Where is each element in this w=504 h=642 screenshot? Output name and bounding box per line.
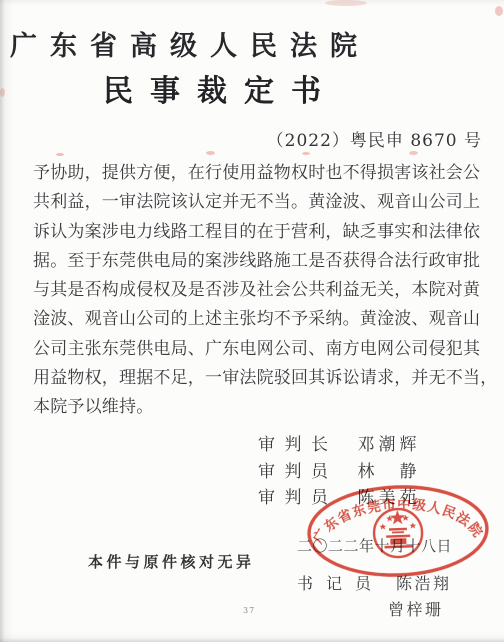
case-number: （2022）粤民申 8670 号 xyxy=(267,126,482,151)
scan-smudge xyxy=(495,6,503,16)
clerk-name: 曾梓珊 xyxy=(388,597,444,620)
body-line: 据。至于东莞供电局的案涉线路施工是否获得合法行政审批 xyxy=(33,247,484,276)
body-line: 与其是否构成侵权及是否涉及社会公共利益无关，本院对黄 xyxy=(33,276,484,305)
judge-role: 审判员 xyxy=(258,457,338,482)
scan-smudge xyxy=(56,153,64,156)
verification-note: 本件与原件核对无异 xyxy=(88,551,255,572)
page-number: 37 xyxy=(243,606,255,615)
body-line: 淦波、观音山公司的上述主张均不予采纳。黄淦波、观音山 xyxy=(33,305,484,334)
court-seal-stamp: 广东省东莞市中级人民法院 xyxy=(303,480,492,582)
ruling-body-text: 予协助，提供方便，在行使用益物权时也不得损害该社会公 共利益，一审法院该认定并无… xyxy=(33,159,484,423)
national-emblem-icon xyxy=(373,508,423,558)
scan-smudge xyxy=(409,151,418,155)
scan-smudge xyxy=(206,151,215,155)
scan-smudge xyxy=(302,152,310,155)
body-line: 予协助，提供方便，在行使用益物权时也不得损害该社会公 xyxy=(33,159,484,188)
body-line: 诉认为案涉电力线路工程目的在于营利，缺乏事实和法律依 xyxy=(33,218,484,247)
document-title: 民事裁定书 xyxy=(103,66,338,110)
court-name: 广东省高级人民法院 xyxy=(10,24,370,63)
presiding-judge-row: 审判长 邓潮辉 xyxy=(258,430,421,457)
ruling-document-page: 广东省高级人民法院 民事裁定书 （2022）粤民申 8670 号 予协助，提供方… xyxy=(0,0,504,642)
presiding-judge-role: 审判长 xyxy=(258,430,338,455)
presiding-judge-name: 邓潮辉 xyxy=(358,430,421,455)
body-line: 用益物权，理据不足，一审法院驳回其诉讼请求，并无不当， xyxy=(33,364,484,393)
scan-smudge xyxy=(0,88,5,97)
judge-name: 林 静 xyxy=(358,457,421,482)
body-line: 共利益，一审法院该认定并无不当。黄淦波、观音山公司上 xyxy=(33,188,484,217)
body-line: 本院予以维持。 xyxy=(33,393,484,422)
judge-row: 审判员 林 静 xyxy=(258,457,421,484)
body-line: 公司主张东莞供电局、广东电网公司、南方电网公司侵犯其 xyxy=(33,335,484,364)
scan-smudge xyxy=(325,0,367,6)
